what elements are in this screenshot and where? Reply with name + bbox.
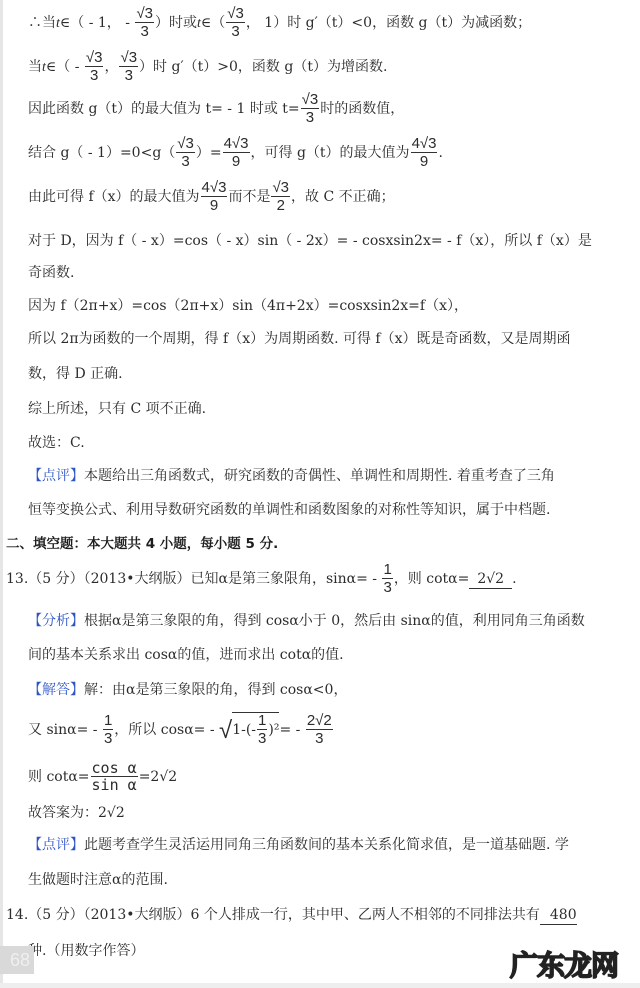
text: = - (279, 722, 304, 738)
denominator: 2 (277, 197, 285, 214)
text: 因此函数 g（t）的最大值为 t= - 1 时或 t= (28, 101, 300, 117)
answer-line-3: 则 cotα=cos αsin α=2√2 (28, 760, 177, 794)
numerator: √3 (119, 50, 138, 67)
answer-blank: 2√2 (469, 570, 512, 589)
solution-line-2: 当t∈（ - √33，√33）时 g′（t）>0，函数 g（t）为增函数. (28, 50, 387, 84)
numerator: 4√3 (411, 136, 438, 153)
denominator: 3 (383, 579, 391, 596)
text: 此题考查学生灵活运用同角三角函数间的基本关系化简求值，是一道基础题. 学 (84, 837, 569, 853)
section-heading: 二、填空题：本大题共 4 小题，每小题 5 分. (6, 535, 278, 553)
text: 而不是 (228, 189, 270, 205)
numerator: √3 (176, 136, 195, 153)
text: 由此可得 f（x）的最大值为 (28, 189, 200, 205)
denominator: 3 (90, 67, 98, 84)
denominator: 3 (181, 153, 189, 170)
numerator: 1 (382, 562, 392, 579)
text: ，故 C 不正确； (291, 189, 395, 205)
comment-tag: 【点评】 (28, 468, 84, 484)
fraction: √33 (135, 6, 154, 40)
text: 14.（5 分）（2013•大纲版）6 个人排成一行，其中甲、乙两人不相邻的不同… (6, 907, 540, 923)
denominator: 3 (306, 109, 314, 126)
solution-line-4: 结合 g（ - 1）=0<g（√33）=4√39，可得 g（t）的最大值为4√3… (28, 136, 443, 170)
solution-line-10: 数，得 D 正确. (28, 365, 123, 383)
denominator: 9 (232, 153, 240, 170)
fraction: 2√23 (306, 713, 333, 747)
numerator: 1 (103, 713, 113, 730)
text: ∈（ - (46, 59, 84, 75)
denominator: 3 (231, 23, 239, 40)
bottom-bar (0, 983, 640, 988)
numerator: √3 (135, 6, 154, 23)
answer-line-2: 又 sinα= - 13，所以 cosα= - √1-(-13)²= - 2√2… (28, 712, 334, 747)
denominator: sin α (92, 777, 137, 794)
question-13: 13.（5 分）（2013•大纲版）已知α是第三象限角，sinα= - 13，则… (6, 562, 517, 596)
fraction: √33 (119, 50, 138, 84)
text: ）时 g′（t）>0，函数 g（t）为增函数. (139, 59, 387, 75)
text: ∈（ (201, 15, 225, 31)
fraction: 4√39 (411, 136, 438, 170)
text: ，所以 cosα= - (114, 722, 219, 738)
document-page: ∴当t∈（ - 1， - √33）时或t∈（√33， 1）时 g′（t）<0，函… (0, 0, 640, 988)
numerator: 4√3 (201, 180, 228, 197)
comment-tag: 【点评】 (28, 837, 84, 853)
text: ）= (196, 145, 222, 161)
fraction: √33 (176, 136, 195, 170)
text: =2√2 (139, 769, 177, 785)
text: . (438, 145, 442, 161)
solution-line-6: 对于 D，因为 f（ - x）=cos（ - x）sin（ - 2x）= - c… (28, 232, 592, 250)
fraction: √33 (301, 92, 320, 126)
numerator: √3 (301, 92, 320, 109)
analysis-tag: 【分析】 (28, 613, 84, 629)
denominator: 3 (315, 730, 323, 747)
text: ，可得 g（t）的最大值为 (251, 145, 410, 161)
fraction: √32 (271, 180, 290, 214)
fraction: √33 (85, 50, 104, 84)
text: 根据α是第三象限的角，得到 cosα小于 0，然后由 sinα的值，利用同角三角… (84, 613, 585, 629)
numerator: √3 (85, 50, 104, 67)
text: ， 1）时 g′（t）<0，函数 g（t）为减函数； (246, 15, 531, 31)
fraction: 13 (257, 713, 267, 747)
solution-line-7: 奇函数. (28, 264, 74, 282)
numerator: √3 (271, 180, 290, 197)
text: 时的函数值， (320, 101, 404, 117)
fraction: 13 (382, 562, 392, 596)
numerator: 1 (257, 713, 267, 730)
answer-line-4: 故答案为：2√2 (28, 804, 125, 822)
comment-line-2: 恒等变换公式、利用导数研究函数的单调性和函数图象的对称性等知识，属于中档题. (28, 501, 550, 519)
solution-line-3: 因此函数 g（t）的最大值为 t= - 1 时或 t=√33时的函数值， (28, 92, 404, 126)
answer-tag: 【解答】 (28, 682, 84, 698)
comment2-line-2: 生做题时注意α的范围. (28, 871, 168, 889)
denominator: 3 (125, 67, 133, 84)
text: ∈（ - 1， - (60, 15, 135, 31)
text: . (512, 571, 516, 587)
denominator: 3 (104, 730, 112, 747)
text: 则 cotα= (28, 769, 90, 785)
fraction: 4√39 (201, 180, 228, 214)
analysis-line-1: 【分析】根据α是第三象限的角，得到 cosα小于 0，然后由 sinα的值，利用… (28, 612, 585, 630)
text: 1-(- (232, 722, 256, 738)
sqrt-icon: √ (219, 716, 232, 744)
page-number: 68 (0, 946, 34, 974)
analysis-line-2: 间的基本关系求出 cosα的值，进而求出 cotα的值. (28, 646, 344, 664)
question-14: 14.（5 分）（2013•大纲版）6 个人排成一行，其中甲、乙两人不相邻的不同… (6, 906, 577, 925)
text: 结合 g（ - 1）=0<g（ (28, 145, 175, 161)
answer-line-1: 【解答】解：由α是第三象限的角，得到 cosα<0， (28, 681, 347, 699)
solution-line-11: 综上所述，只有 C 项不正确. (28, 400, 206, 418)
numerator: 4√3 (223, 136, 250, 153)
text: 本题给出三角函数式，研究函数的奇偶性、单调性和周期性. 着重考查了三角 (84, 468, 555, 484)
text: 又 sinα= - (28, 722, 102, 738)
solution-line-8: 因为 f（2π+x）=cos（2π+x）sin（4π+2x）=cosxsin2x… (28, 297, 468, 315)
text: ）时或 (155, 15, 197, 31)
solution-line-12: 故选：C. (28, 434, 85, 452)
text: ∴当 (28, 15, 56, 31)
text: )² (268, 722, 279, 738)
page-left-edge (0, 0, 3, 988)
solution-line-9: 所以 2π为函数的一个周期，得 f（x）为周期函数. 可得 f（x）既是奇函数，… (28, 330, 571, 348)
text: 解：由α是第三象限的角，得到 cosα<0， (84, 682, 347, 698)
numerator: cos α (91, 760, 138, 777)
text: 13.（5 分）（2013•大纲版）已知α是第三象限角，sinα= - (6, 571, 381, 587)
radicand: 1-(-13)² (232, 712, 279, 747)
denominator: 9 (210, 197, 218, 214)
numerator: √3 (226, 6, 245, 23)
watermark-logo: 广东龙网 (510, 944, 618, 984)
fraction: 13 (103, 713, 113, 747)
answer-blank: 480 (540, 906, 577, 925)
fraction: cos αsin α (91, 760, 138, 794)
text: ，则 cotα= (394, 571, 470, 587)
numerator: 2√2 (306, 713, 333, 730)
comment-line-1: 【点评】本题给出三角函数式，研究函数的奇偶性、单调性和周期性. 着重考查了三角 (28, 467, 555, 485)
text: ， (104, 59, 118, 75)
solution-line-1: ∴当t∈（ - 1， - √33）时或t∈（√33， 1）时 g′（t）<0，函… (28, 6, 531, 40)
fraction: √33 (226, 6, 245, 40)
denominator: 9 (420, 153, 428, 170)
denominator: 3 (258, 730, 266, 747)
solution-line-5: 由此可得 f（x）的最大值为4√39而不是√32，故 C 不正确； (28, 180, 395, 214)
comment2-line-1: 【点评】此题考查学生灵活运用同角三角函数间的基本关系化简求值，是一道基础题. 学 (28, 836, 569, 854)
question-14-line-2: 种.（用数字作答） (28, 942, 144, 960)
text: 当 (28, 59, 42, 75)
denominator: 3 (141, 23, 149, 40)
fraction: 4√39 (223, 136, 250, 170)
